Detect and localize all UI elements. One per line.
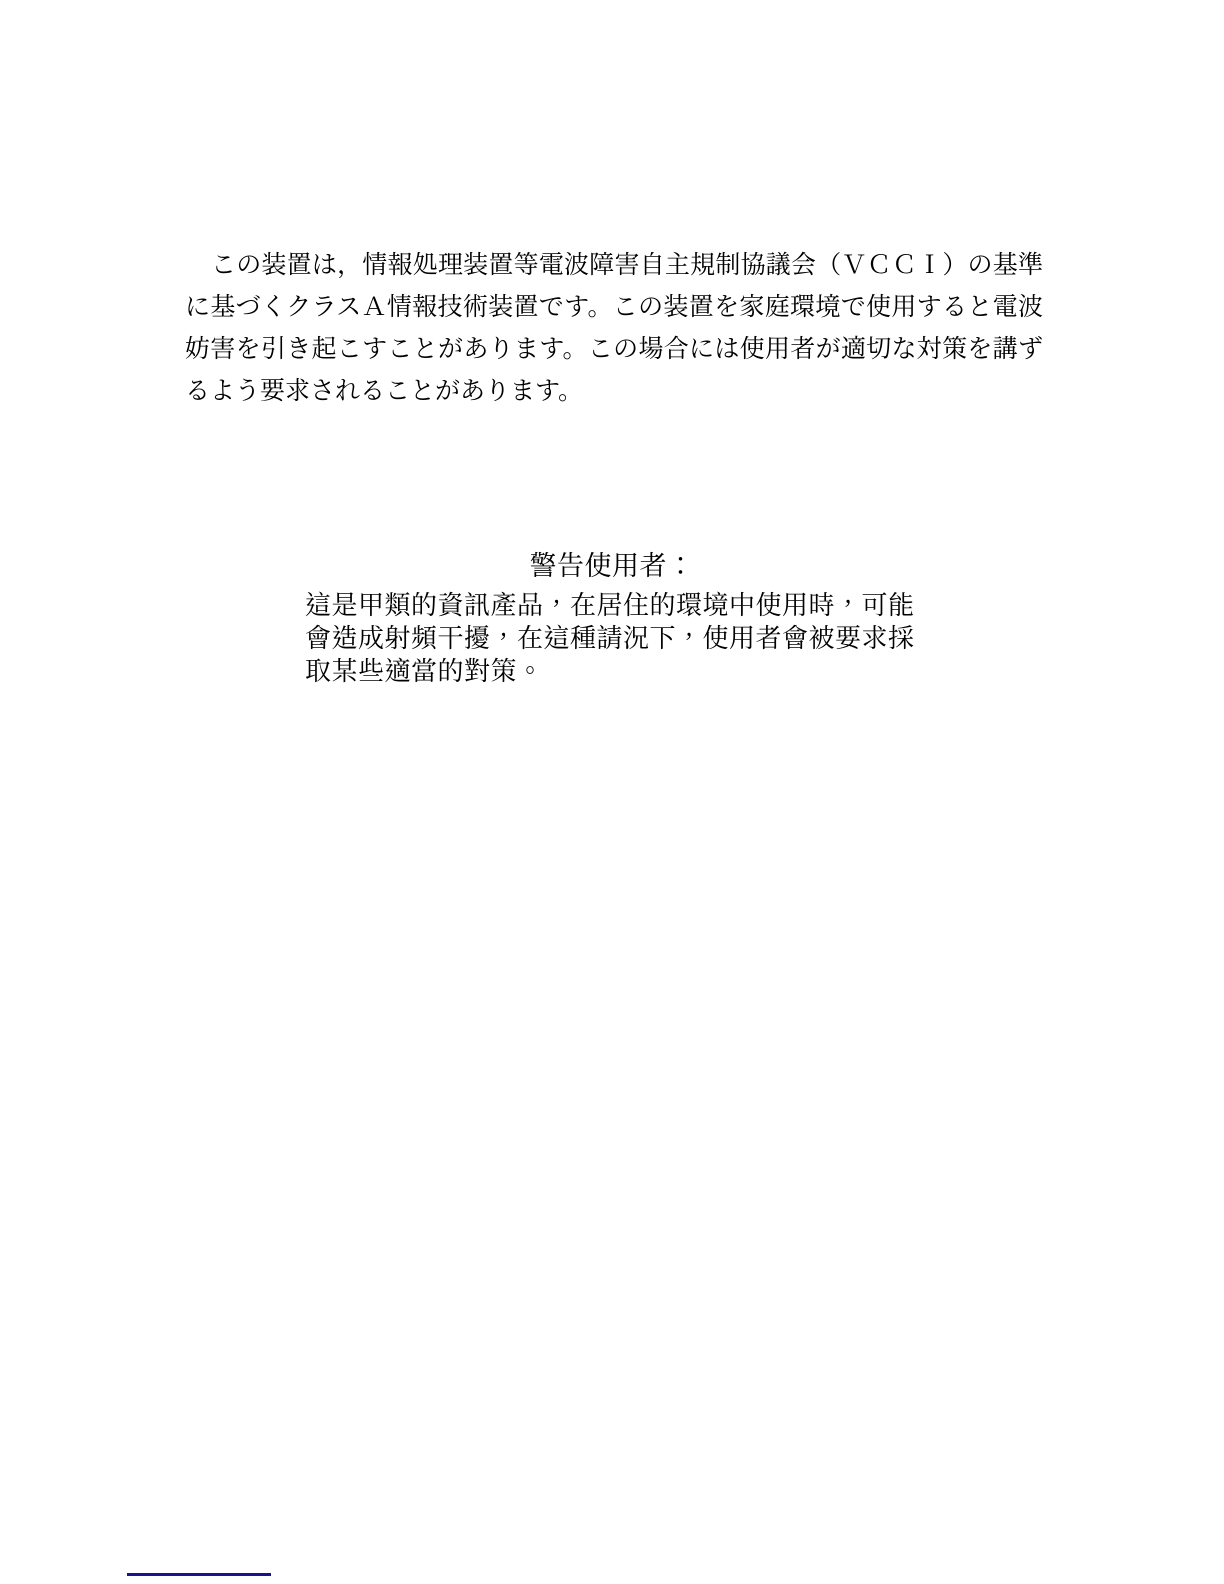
bsmi-warning-heading: 警告使用者： bbox=[305, 550, 919, 583]
vcci-notice-line-1: この装置は，情報処理装置等電波障害自主規制協議会（ＶＣＣＩ）の基準 bbox=[185, 245, 1043, 287]
bsmi-warning-line-1: 這是甲類的資訊產品，在居住的環境中使用時，可能 bbox=[305, 589, 919, 622]
vcci-notice-line-4: るよう要求されることがあります。 bbox=[185, 371, 1043, 413]
bsmi-warning-chinese: 警告使用者： 這是甲類的資訊產品，在居住的環境中使用時，可能 會造成射頻干擾，在… bbox=[305, 550, 919, 688]
bsmi-warning-line-3: 取某些適當的對策。 bbox=[305, 655, 919, 688]
footer-rule bbox=[127, 1573, 271, 1576]
vcci-notice-japanese: この装置は，情報処理装置等電波障害自主規制協議会（ＶＣＣＩ）の基準 に基づくクラ… bbox=[185, 245, 1043, 413]
vcci-notice-line-3: 妨害を引き起こすことがあります。この場合には使用者が適切な対策を講ず bbox=[185, 329, 1043, 371]
document-page: この装置は，情報処理装置等電波障害自主規制協議会（ＶＣＣＩ）の基準 に基づくクラ… bbox=[0, 0, 1224, 1584]
vcci-notice-line-2: に基づくクラスＡ情報技術装置です。この装置を家庭環境で使用すると電波 bbox=[185, 287, 1043, 329]
bsmi-warning-line-2: 會造成射頻干擾，在這種請況下，使用者會被要求採 bbox=[305, 622, 919, 655]
